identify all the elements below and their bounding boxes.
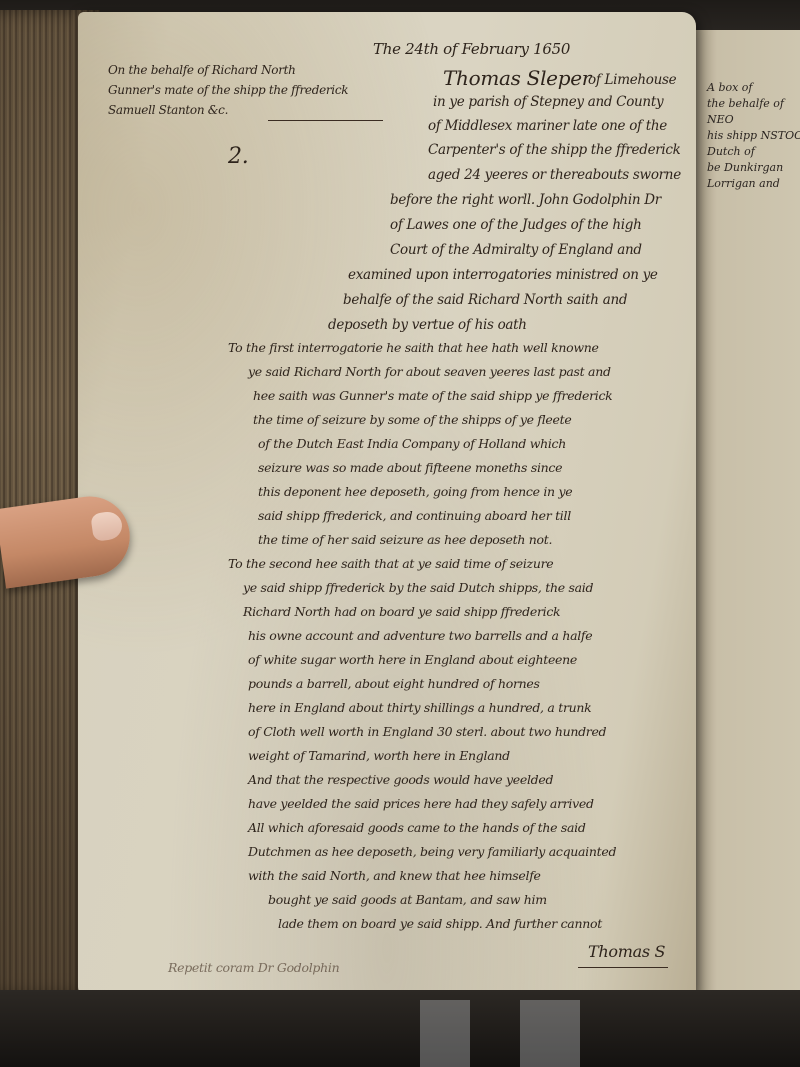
body-line: To the first interrogatorie he saith tha… bbox=[228, 340, 599, 355]
body-line: Dutchmen as hee deposeth, being very fam… bbox=[248, 844, 616, 859]
body-line: behalfe of the said Richard North saith … bbox=[343, 292, 627, 308]
facing-note-line: his shipp NSTOO bbox=[707, 128, 800, 144]
body-line: this deponent hee deposeth, going from h… bbox=[258, 484, 572, 499]
body-line: ye said Richard North for about seaven y… bbox=[248, 364, 611, 379]
margin-mark: 2. bbox=[228, 144, 248, 169]
manuscript-page: On the behalfe of Richard North Gunner's… bbox=[78, 12, 696, 997]
body-line: seizure was so made about fifteene monet… bbox=[258, 460, 562, 475]
body-line: pounds a barrell, about eight hundred of… bbox=[248, 676, 540, 691]
body-line: of white sugar worth here in England abo… bbox=[248, 652, 577, 667]
deponent-name: Thomas Sleper bbox=[443, 66, 591, 90]
body-line: the time of seizure by some of the shipp… bbox=[253, 412, 571, 427]
repetition-note: Repetit coram Dr Godolphin bbox=[168, 960, 339, 975]
body-line: have yeelded the said prices here had th… bbox=[248, 796, 594, 811]
facing-note-line: A box of bbox=[707, 80, 800, 96]
facing-note-line: Lorrigan and bbox=[707, 176, 800, 192]
body-line: of the Dutch East India Company of Holla… bbox=[258, 436, 566, 451]
body-line: of Middlesex mariner late one of the bbox=[428, 118, 667, 134]
body-line: ye said shipp ffrederick by the said Dut… bbox=[243, 580, 593, 595]
body-line: And that the respective goods would have… bbox=[248, 772, 553, 787]
body-line: bought ye said goods at Bantam, and saw … bbox=[268, 892, 547, 907]
body-line: the time of her said seizure as hee depo… bbox=[258, 532, 552, 547]
photo-background-bottom bbox=[0, 990, 800, 1067]
signature-flourish bbox=[578, 967, 668, 968]
body-line: of Lawes one of the Judges of the high bbox=[390, 217, 641, 233]
facing-note-line: the behalfe of NEO bbox=[707, 96, 800, 128]
body-line: his owne account and adventure two barre… bbox=[248, 628, 592, 643]
margin-note-line: Samuell Stanton &c. bbox=[108, 100, 348, 120]
body-line: deposeth by vertue of his oath bbox=[328, 317, 527, 333]
body-line: here in England about thirty shillings a… bbox=[248, 700, 591, 715]
body-line: of Cloth well worth in England 30 sterl.… bbox=[248, 724, 606, 739]
body-line: Carpenter's of the shipp the ffrederick bbox=[428, 142, 681, 158]
facing-page: A box of the behalfe of NEO his shipp NS… bbox=[690, 30, 800, 1000]
facing-note-line: Dutch of bbox=[707, 144, 800, 160]
floor-tile bbox=[520, 1000, 580, 1067]
body-line: Richard North had on board ye said shipp… bbox=[243, 604, 560, 619]
signature: Thomas S bbox=[588, 942, 665, 961]
body-line: said shipp ffrederick, and continuing ab… bbox=[258, 508, 571, 523]
body-line: hee saith was Gunner's mate of the said … bbox=[253, 388, 612, 403]
date-heading: The 24th of February 1650 bbox=[373, 40, 570, 58]
body-line: examined upon interrogatories ministred … bbox=[348, 267, 658, 283]
body-line: before the right worll. John Godolphin D… bbox=[390, 192, 661, 208]
floor-tile bbox=[420, 1000, 470, 1067]
margin-note-line: Gunner's mate of the shipp the ffrederic… bbox=[108, 80, 348, 100]
body-line: of Limehouse bbox=[588, 72, 676, 88]
body-line: in ye parish of Stepney and County bbox=[433, 94, 663, 110]
facing-page-note: A box of the behalfe of NEO his shipp NS… bbox=[707, 80, 800, 192]
margin-note-line: On the behalfe of Richard North bbox=[108, 60, 348, 80]
body-line: with the said North, and knew that hee h… bbox=[248, 868, 541, 883]
body-line: aged 24 yeeres or thereabouts sworne bbox=[428, 167, 681, 183]
body-line: To the second hee saith that at ye said … bbox=[228, 556, 553, 571]
body-line: All which aforesaid goods came to the ha… bbox=[248, 820, 586, 835]
body-line: Court of the Admiralty of England and bbox=[390, 242, 642, 258]
body-line: lade them on board ye said shipp. And fu… bbox=[278, 916, 602, 931]
body-line: weight of Tamarind, worth here in Englan… bbox=[248, 748, 510, 763]
margin-note: On the behalfe of Richard North Gunner's… bbox=[108, 60, 348, 120]
underline-flourish bbox=[268, 120, 383, 121]
facing-note-line: be Dunkirgan bbox=[707, 160, 800, 176]
